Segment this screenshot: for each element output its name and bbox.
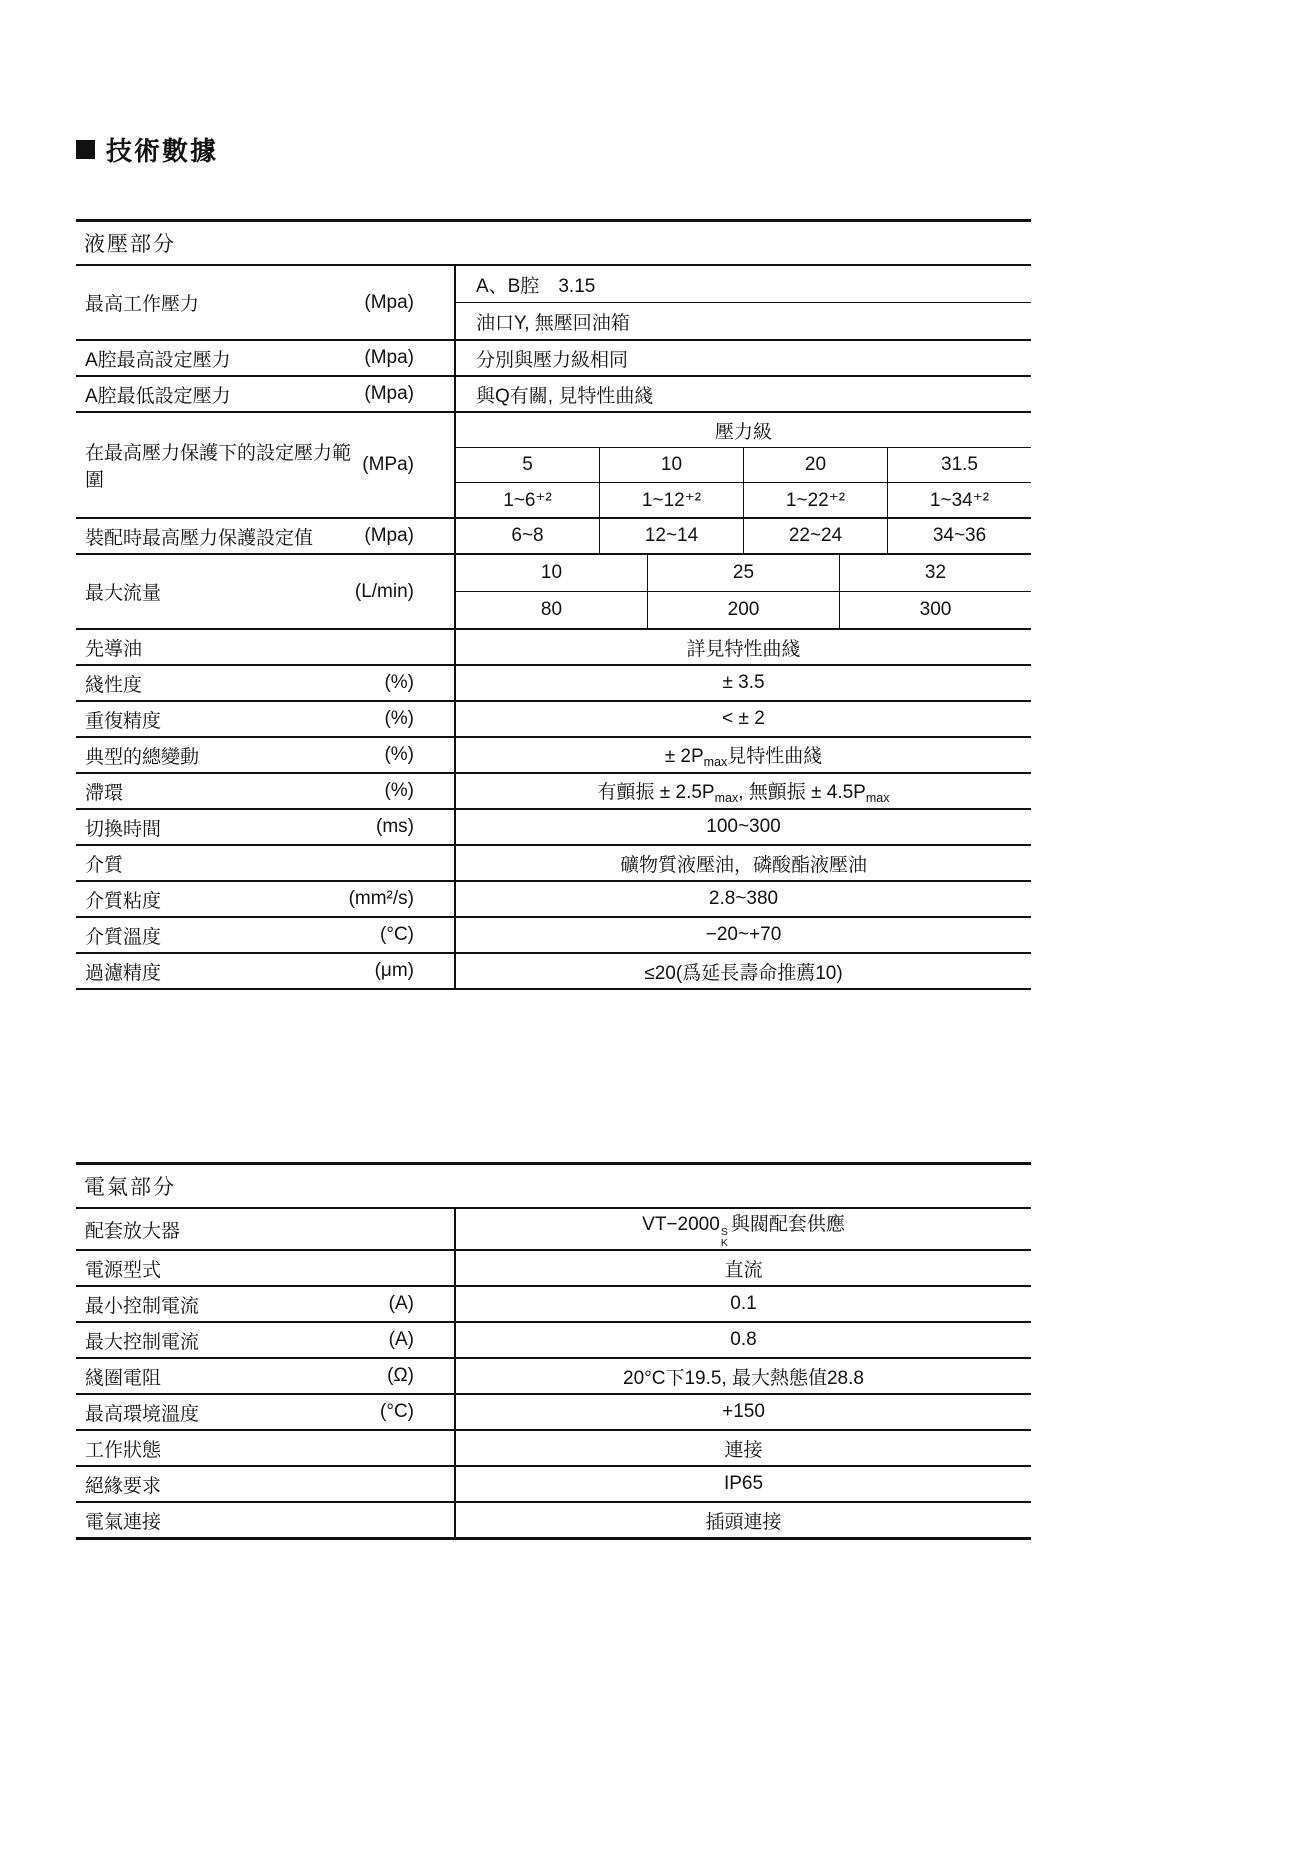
electrical-section-title: 電氣部分 [76,1165,1031,1209]
pressure-range-values: 1~6⁺² 1~12⁺² 1~22⁺² 1~34⁺² [456,482,1031,517]
row-label-cell: 絕緣要求 [76,1467,456,1501]
table-row-insulation: 絕緣要求 IP65 [76,1467,1031,1503]
row-label-cell: 滯環 (%) [76,774,456,808]
row-label-cell: 最大流量 (L/min) [76,555,456,628]
flow-value-10: 10 [456,555,648,591]
row-label: 裝配時最高壓力保護設定值 [85,523,313,550]
flow-value-300: 300 [840,592,1031,628]
row-value: +150 [456,1395,1031,1429]
row-value-cell: 10 25 32 80 200 300 [456,555,1031,628]
row-label-cell: 裝配時最高壓力保護設定值 (Mpa) [76,519,456,553]
row-label: 最大控制電流 [85,1327,199,1354]
row-label: 配套放大器 [85,1216,180,1243]
table-row-working-state: 工作狀態 連接 [76,1431,1031,1467]
assembly-protection-values: 6~8 12~14 22~24 34~36 [456,519,1031,553]
row-label: 先導油 [85,634,142,661]
row-value: ≤20(爲延長壽命推薦10) [456,954,1031,988]
row-unit: (A) [389,1293,414,1315]
hydraulic-table: 液壓部分 最高工作壓力 (Mpa) A、B腔 3.15 油口Y, 無壓回油箱 A… [76,219,1031,990]
row-value: ± 2Pmax見特性曲綫 [456,738,1031,772]
row-unit: (μm) [375,960,414,982]
row-label: 最高環境溫度 [85,1399,199,1426]
row-label-cell: 典型的總變動 (%) [76,738,456,772]
row-label: 介質粘度 [85,886,161,913]
table-row-power-type: 電源型式 直流 [76,1251,1031,1287]
page-title: 技術數據 [76,132,1300,166]
pressure-range-1: 1~6⁺² [456,483,600,517]
table-row-max-working-pressure: 最高工作壓力 (Mpa) A、B腔 3.15 油口Y, 無壓回油箱 [76,266,1031,341]
pressure-range-2: 1~12⁺² [600,483,744,517]
pressure-class-values: 5 10 20 31.5 [456,448,1031,482]
row-value: 與Q有關, 見特性曲綫 [456,377,1031,411]
pressure-class-header: 壓力級 [456,413,1031,448]
row-label: 滯環 [85,778,123,805]
table-row-max-set-pressure-a: A腔最高設定壓力 (Mpa) 分別與壓力級相同 [76,341,1031,377]
row-value: 20°C下19.5, 最大熱態值28.8 [456,1359,1031,1393]
assembly-value-3: 22~24 [744,519,888,553]
row-unit: (Ω) [387,1365,414,1387]
table-row-assembly-max-protection: 裝配時最高壓力保護設定值 (Mpa) 6~8 12~14 22~24 34~36 [76,519,1031,555]
row-value: 插頭連接 [456,1503,1031,1537]
row-label-cell: 介質 [76,846,456,880]
table-row-switching-time: 切換時間 (ms) 100~300 [76,810,1031,846]
row-value: < ± 2 [456,702,1031,736]
table-row-max-control-current: 最大控制電流 (A) 0.8 [76,1323,1031,1359]
row-label: 典型的總變動 [85,742,199,769]
row-label: 最高工作壓力 [85,289,199,316]
table-row-linearity: 綫性度 (%) ± 3.5 [76,666,1031,702]
table-row-typical-variation: 典型的總變動 (%) ± 2Pmax見特性曲綫 [76,738,1031,774]
pressure-class-31-5: 31.5 [888,448,1031,482]
row-unit: (Mpa) [364,525,414,547]
row-unit: (L/min) [355,581,414,603]
row-label-cell: 最大控制電流 (A) [76,1323,456,1357]
row-unit: (%) [384,744,414,766]
table-row-amplifier: 配套放大器 VT−2000SK與閥配套供應 [76,1209,1031,1251]
pressure-range-3: 1~22⁺² [744,483,888,517]
row-value: 礦物質液壓油，磷酸酯液壓油 [456,846,1031,880]
pressure-class-20: 20 [744,448,888,482]
row-label: 在最高壓力保護下的設定壓力範圍 [85,438,362,492]
table-row-max-flow: 最大流量 (L/min) 10 25 32 80 200 300 [76,555,1031,630]
pmax-subscript: max [715,791,739,805]
table-row-viscosity: 介質粘度 (mm²/s) 2.8~380 [76,882,1031,918]
row-label: A腔最高設定壓力 [85,345,231,372]
row-value: −20~+70 [456,918,1031,952]
row-value: 0.1 [456,1287,1031,1321]
row-label-cell: 最高環境溫度 (°C) [76,1395,456,1429]
row-label: 絕緣要求 [85,1471,161,1498]
row-label-cell: 介質溫度 (°C) [76,918,456,952]
table-row-min-control-current: 最小控制電流 (A) 0.1 [76,1287,1031,1323]
table-row-filtration: 過濾精度 (μm) ≤20(爲延長壽命推薦10) [76,954,1031,990]
table-row-max-ambient-temp: 最高環境溫度 (°C) +150 [76,1395,1031,1431]
row-value: 有顫振 ± 2.5Pmax, 無顫振 ± 4.5Pmax [456,774,1031,808]
document-page: 技術數據 液壓部分 最高工作壓力 (Mpa) A、B腔 3.15 油口Y, 無壓… [0,132,1300,1540]
row-value-text: VT−2000SK與閥配套供應 [642,1209,845,1249]
row-label: 重復精度 [85,706,161,733]
max-flow-row-1: 10 25 32 [456,555,1031,591]
row-value: 2.8~380 [456,882,1031,916]
row-value-text: ± 2Pmax見特性曲綫 [665,741,823,769]
row-label-cell: 配套放大器 [76,1209,456,1249]
assembly-value-2: 12~14 [600,519,744,553]
row-label-cell: 綫圈電阻 (Ω) [76,1359,456,1393]
amplifier-type-supsub: SK [721,1227,728,1249]
row-label-cell: 重復精度 (%) [76,702,456,736]
row-label: 最大流量 [85,578,161,605]
row-label-cell: 電源型式 [76,1251,456,1285]
row-label-cell: A腔最高設定壓力 (Mpa) [76,341,456,375]
row-label-cell: 在最高壓力保護下的設定壓力範圍 (MPa) [76,413,456,517]
row-value-line-1: A、B腔 3.15 [456,266,1031,302]
row-unit: (mm²/s) [349,888,414,910]
row-label-cell: 電氣連接 [76,1503,456,1537]
row-unit: (Mpa) [364,347,414,369]
row-label-cell: 先導油 [76,630,456,664]
table-row-set-pressure-range: 在最高壓力保護下的設定壓力範圍 (MPa) 壓力級 5 10 20 31.5 1… [76,413,1031,519]
row-value: 連接 [456,1431,1031,1465]
row-unit: (Mpa) [364,383,414,405]
table-row-min-set-pressure-a: A腔最低設定壓力 (Mpa) 與Q有關, 見特性曲綫 [76,377,1031,413]
pressure-class-5: 5 [456,448,600,482]
row-unit: (Mpa) [364,292,414,314]
row-label: 最小控制電流 [85,1291,199,1318]
row-label: 切換時間 [85,814,161,841]
row-value: ± 3.5 [456,666,1031,700]
row-label-cell: 綫性度 (%) [76,666,456,700]
row-value: VT−2000SK與閥配套供應 [456,1209,1031,1249]
table-row-hysteresis: 滯環 (%) 有顫振 ± 2.5Pmax, 無顫振 ± 4.5Pmax [76,774,1031,810]
title-square-icon [76,140,95,159]
row-value: IP65 [456,1467,1031,1501]
electrical-table: 電氣部分 配套放大器 VT−2000SK與閥配套供應 電源型式 直流 最小控制電… [76,1162,1031,1540]
flow-value-32: 32 [840,555,1031,591]
row-label: 過濾精度 [85,958,161,985]
row-label: A腔最低設定壓力 [85,381,231,408]
row-unit: (%) [384,708,414,730]
row-value: 分別與壓力級相同 [456,341,1031,375]
row-unit: (MPa) [362,454,414,476]
row-unit: (°C) [380,1401,414,1423]
row-label: 電源型式 [85,1255,161,1282]
row-label: 介質溫度 [85,922,161,949]
table-row-medium-temperature: 介質溫度 (°C) −20~+70 [76,918,1031,954]
row-value: 詳見特性曲綫 [456,630,1031,664]
row-label-cell: 過濾精度 (μm) [76,954,456,988]
pressure-range-4: 1~34⁺² [888,483,1031,517]
row-value-text: 有顫振 ± 2.5Pmax, 無顫振 ± 4.5Pmax [598,777,890,805]
hydraulic-section-title: 液壓部分 [76,222,1031,266]
row-value: 0.8 [456,1323,1031,1357]
row-label-cell: 最高工作壓力 (Mpa) [76,266,456,339]
row-value-line-2: 油口Y, 無壓回油箱 [456,302,1031,339]
max-flow-row-2: 80 200 300 [456,591,1031,628]
row-label: 綫圈電阻 [85,1363,161,1390]
row-value-cell: A、B腔 3.15 油口Y, 無壓回油箱 [456,266,1031,339]
flow-value-25: 25 [648,555,840,591]
row-value-cell: 壓力級 5 10 20 31.5 1~6⁺² 1~12⁺² 1~22⁺² 1~3… [456,413,1031,517]
row-value: 100~300 [456,810,1031,844]
row-label-cell: A腔最低設定壓力 (Mpa) [76,377,456,411]
row-unit: (%) [384,780,414,802]
row-value: 直流 [456,1251,1031,1285]
row-unit: (A) [389,1329,414,1351]
row-label: 電氣連接 [85,1507,161,1534]
row-unit: (ms) [376,816,414,838]
table-row-coil-resistance: 綫圈電阻 (Ω) 20°C下19.5, 最大熱態值28.8 [76,1359,1031,1395]
pmax-subscript: max [704,755,728,769]
flow-value-200: 200 [648,592,840,628]
assembly-value-1: 6~8 [456,519,600,553]
row-label: 介質 [85,850,123,877]
row-label-cell: 工作狀態 [76,1431,456,1465]
row-label: 工作狀態 [85,1435,161,1462]
page-title-text: 技術數據 [106,131,218,168]
row-value-cell: 6~8 12~14 22~24 34~36 [456,519,1031,553]
table-row-electrical-connection: 電氣連接 插頭連接 [76,1503,1031,1537]
pmax-subscript: max [866,791,890,805]
row-label-cell: 介質粘度 (mm²/s) [76,882,456,916]
row-label-cell: 最小控制電流 (A) [76,1287,456,1321]
row-unit: (%) [384,672,414,694]
row-label: 綫性度 [85,670,142,697]
row-unit: (°C) [380,924,414,946]
flow-value-80: 80 [456,592,648,628]
table-row-pilot-oil: 先導油 詳見特性曲綫 [76,630,1031,666]
pressure-class-10: 10 [600,448,744,482]
row-label-cell: 切換時間 (ms) [76,810,456,844]
table-row-repeatability: 重復精度 (%) < ± 2 [76,702,1031,738]
table-row-medium: 介質 礦物質液壓油，磷酸酯液壓油 [76,846,1031,882]
assembly-value-4: 34~36 [888,519,1031,553]
